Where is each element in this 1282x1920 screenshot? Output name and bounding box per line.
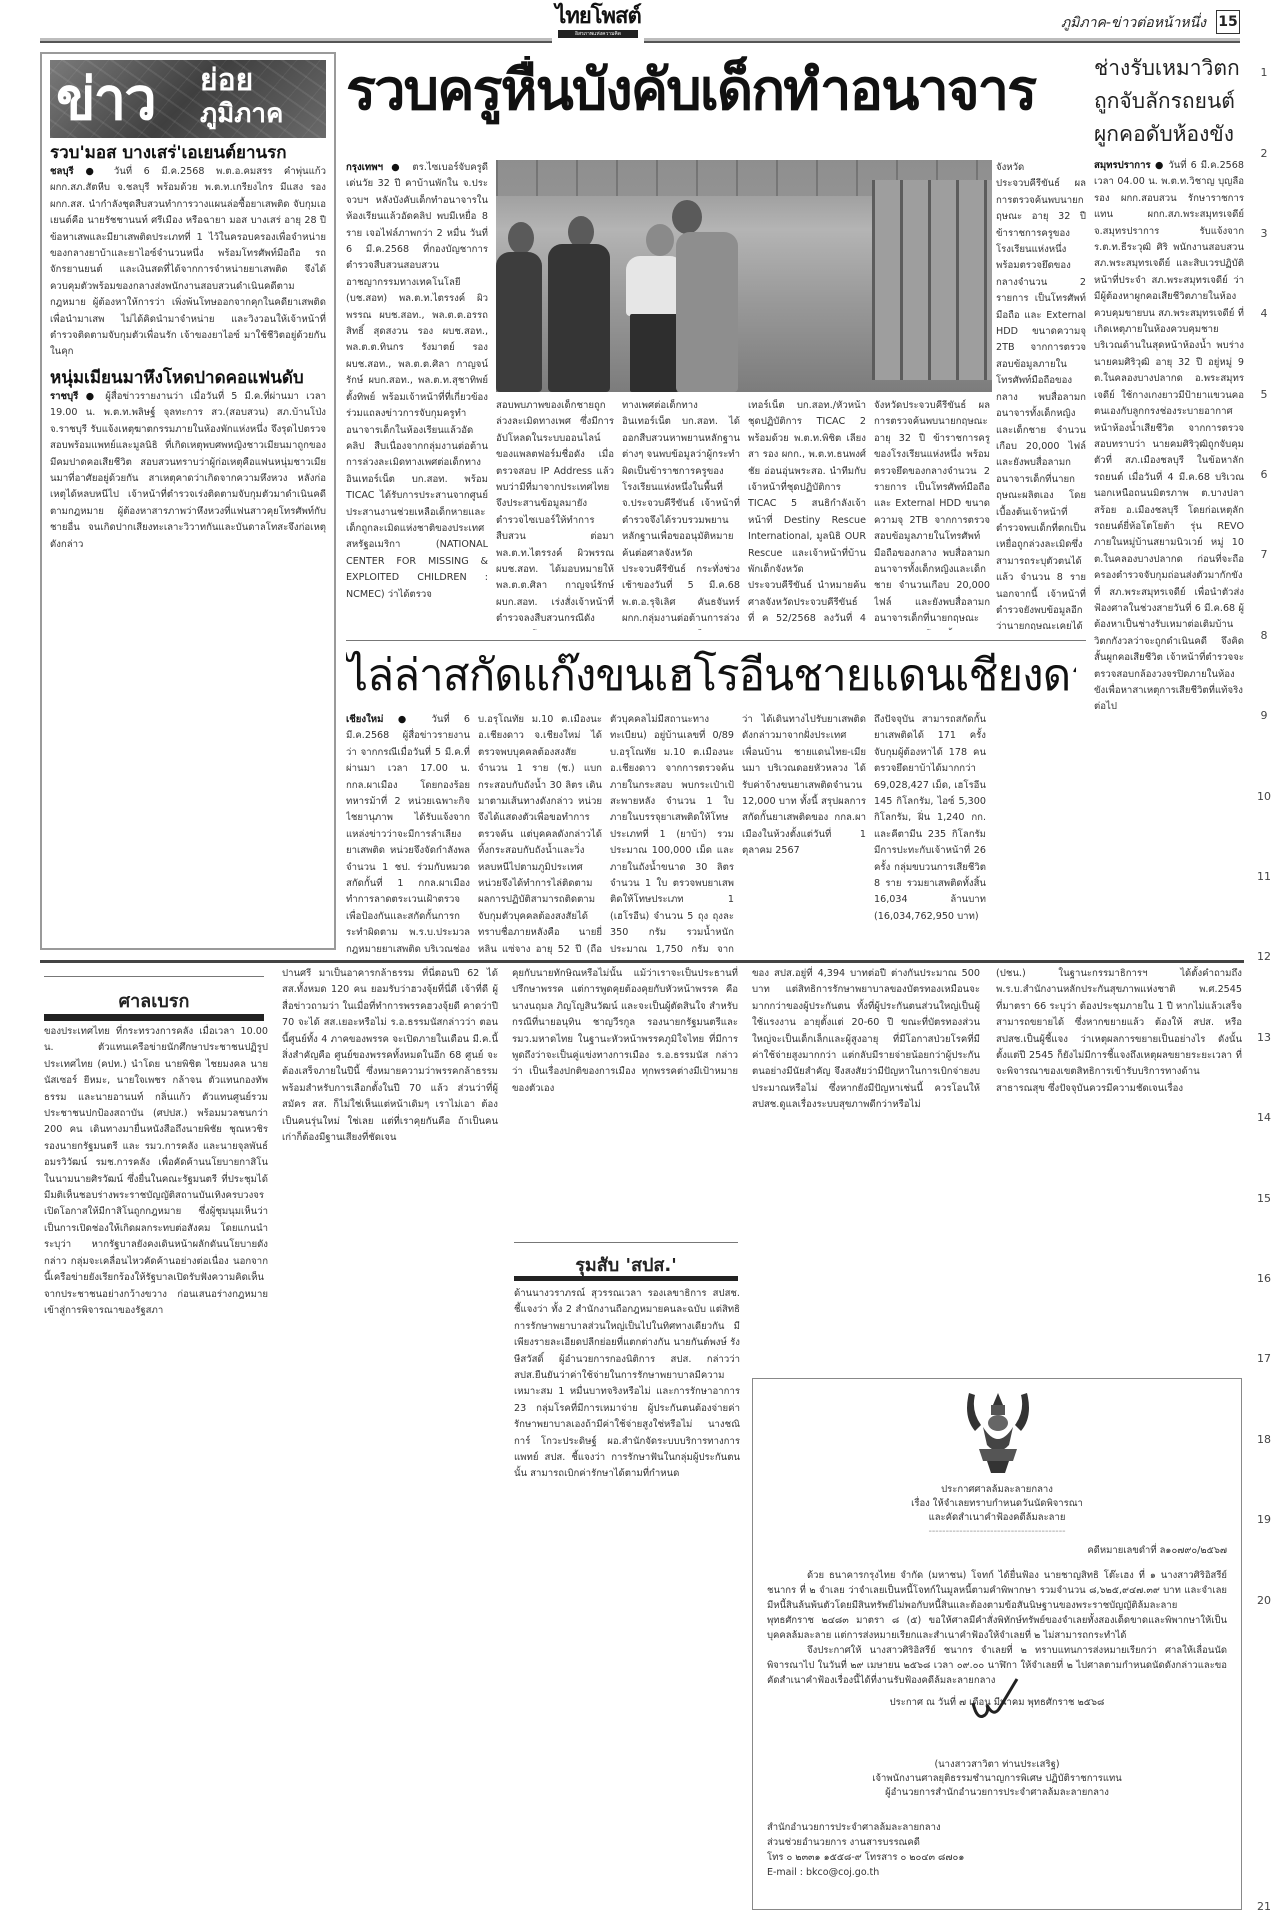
column-header-bar xyxy=(514,1276,738,1281)
police-officer-figure xyxy=(676,232,738,392)
notice-subject: เรื่อง ให้จำเลยทราบกำหนดวันนัดพิจารณา xyxy=(767,1497,1227,1511)
sanbreak-col-2: ปานศรี มาเป็นอาคารกล้าธรรม ที่นี่ตอนปี 6… xyxy=(282,966,498,1914)
line-number: 8 xyxy=(1252,629,1276,642)
newspaper-logo: ไทยโพสต์ อิสรภาพแห่งความคิด xyxy=(552,4,644,44)
column-header-bar xyxy=(44,1014,264,1021)
regional-briefs-banner: ข่าว ย่อย ภูมิภาค xyxy=(50,60,326,138)
lead-story-col-right: จังหวัดประจวบคีรีขันธ์ ผลการตรวจค้นพบนาย… xyxy=(996,160,1086,630)
line-number: 20 xyxy=(1252,1594,1276,1607)
logo-tagline: อิสรภาพแห่งความคิด xyxy=(558,30,638,38)
notice-divider: ---------------------------------------- xyxy=(767,1525,1227,1539)
line-number: 2 xyxy=(1252,147,1276,160)
sanbreak-col-3: คุยกับนายทักษิณหรือไม่นั้น แม้ว่าเราจะเป… xyxy=(512,966,738,1228)
line-number: 9 xyxy=(1252,709,1276,722)
brief-1-dateline: ชลบุรี ● xyxy=(50,166,102,177)
banner-small-top: ย่อย xyxy=(200,64,253,98)
line-number: 21 xyxy=(1252,1900,1276,1913)
second-story-col-3: ตัวบุคคลไม่มีสถานะทางทะเบียน) อยู่บ้านเล… xyxy=(610,712,734,958)
notice-body-1: ด้วย ธนาคารกรุงไทย จำกัด (มหาชน) โจทก์ ไ… xyxy=(767,1568,1227,1643)
sanbreak-col-1: ของประเทศไทย ที่กระทรวงการคลัง เมื่อเวลา… xyxy=(44,1024,268,1914)
column-header-rumsap: รุมสับ 'สปส.' xyxy=(514,1250,738,1279)
brief-2-headline: หนุ่มเมียนมาหึงโหดปาดคอแฟนดับ xyxy=(50,367,326,389)
line-number: 18 xyxy=(1252,1433,1276,1446)
second-story-col-5: ถึงปัจจุบัน สามารถสกัดกั้นยาเสพติดได้ 17… xyxy=(874,712,986,958)
notice-footer-office: สำนักอำนวยการประจำศาลล้มละลายกลาง xyxy=(767,1820,1227,1835)
brief-2-body: ราชบุรี ● ผู้สื่อข่าวรายงานว่า เมื่อวันท… xyxy=(50,389,326,553)
notice-footer-email: E-mail : bkco@coj.go.th xyxy=(767,1865,1227,1880)
lead-story-col-1: กรุงเทพฯ ● ตร.ไซเบอร์จับครูดีเด่นวัย 32 … xyxy=(346,160,488,630)
regional-briefs-box: ข่าว ย่อย ภูมิภาค รวบ'มอส บางเสร่'เอเยนต… xyxy=(40,52,336,950)
lead-headline: รวบครูหื่นบังคับเด็กทำอนาจาร xyxy=(346,56,1076,126)
sanbreak-col-5: (ปชน.) ในฐานะกรรมาธิการฯ ได้ตั้งคำถามถึง… xyxy=(996,966,1242,1370)
section-divider xyxy=(346,640,1086,641)
line-number: 15 xyxy=(1252,1192,1276,1205)
lead-story-col-3: ทางเพศต่อเด็กทางอินเทอร์เน็ต บก.สอท. ได้… xyxy=(622,398,740,630)
line-number: 5 xyxy=(1252,388,1276,401)
notice-subject-2: และคัดสำเนาคำฟ้องคดีล้มละลาย xyxy=(767,1511,1227,1525)
column-header-sanbreak: ศาลเบรก xyxy=(44,986,264,1015)
lead-story-col-5: จังหวัดประจวบคีรีขันธ์ ผลการตรวจค้นพบนาย… xyxy=(874,398,990,630)
brief-1-body: ชลบุรี ● วันที่ 6 มี.ค.2568 พ.ต.อ.คมสรร … xyxy=(50,164,326,361)
line-number: 10 xyxy=(1252,790,1276,803)
lead-story-col-2: สอบพบภาพของเด็กชายถูกล่วงละเมิดทางเพศ ซึ… xyxy=(496,398,614,630)
second-headline: ไล่ล่าสกัดแก๊งขนเฮโรอีนชายแดนเชียงดาว xyxy=(346,648,1076,704)
line-number: 1 xyxy=(1252,66,1276,79)
notice-signer-name: (นางสาวสาวิตา ท่านประเสริฐ) xyxy=(767,1758,1227,1772)
notice-signer-title-1: เจ้าพนักงานศาลยุติธรรมชำนาญการพิเศษ ปฏิบ… xyxy=(767,1772,1227,1786)
banner-small-bottom: ภูมิภาค xyxy=(200,98,283,130)
signature-icon xyxy=(963,1675,1023,1725)
notice-case-number: คดีหมายเลขดำที่ ล๑๐๗๙๐/๒๕๖๗ xyxy=(767,1543,1227,1558)
line-number: 19 xyxy=(1252,1513,1276,1526)
line-number: 14 xyxy=(1252,1111,1276,1124)
notice-signer-title-2: ผู้อำนวยการสำนักอำนวยการประจำศาลล้มละลาย… xyxy=(767,1786,1227,1800)
line-number: 17 xyxy=(1252,1352,1276,1365)
masthead: ไทยโพสต์ อิสรภาพแห่งความคิด ภูมิภาค-ข่าว… xyxy=(40,0,1240,46)
lead-photo xyxy=(496,160,992,392)
sanbreak-col-4: ของ สปส.อยู่ที่ 4,394 บาทต่อปี ต่างกันปร… xyxy=(752,966,980,1370)
lead-story-col-4: เทอร์เน็ต บก.สอท./หัวหน้าชุดปฏิบัติการ T… xyxy=(748,398,866,630)
officer-figure xyxy=(496,252,542,392)
line-number-gutter: 1 2 3 4 5 6 7 8 9 10 11 12 13 14 15 16 1… xyxy=(1252,0,1282,1920)
rumsap-body: ด้านนางวราภรณ์ สุวรรณเวลา รองเลขาธิการ ส… xyxy=(514,1286,740,1914)
line-number: 11 xyxy=(1252,870,1276,883)
banner-big-text: ข่าว xyxy=(56,60,155,138)
second-story-col-1: เชียงใหม่ ● วันที่ 6 มี.ค.2568 ผู้สื่อข่… xyxy=(346,712,470,958)
second-story-col-4: ว่า ได้เดินทางไปรับยาเสพติดดังกล่าวมาจาก… xyxy=(742,712,866,958)
court-notice: ประกาศศาลล้มละลายกลาง เรื่อง ให้จำเลยทรา… xyxy=(752,1378,1242,1910)
line-number: 3 xyxy=(1252,227,1276,240)
line-number: 16 xyxy=(1252,1272,1276,1285)
page-number: 15 xyxy=(1216,10,1240,34)
line-number: 13 xyxy=(1252,1031,1276,1044)
brief-1-headline: รวบ'มอส บางเสร่'เอเยนต์ยานรก xyxy=(50,142,326,164)
line-number: 7 xyxy=(1252,548,1276,561)
side-story-body: สมุทรปราการ ● วันที่ 6 มี.ค.2568 เวลา 04… xyxy=(1094,158,1244,954)
notice-title: ประกาศศาลล้มละลายกลาง xyxy=(767,1483,1227,1497)
section-title: ภูมิภาค-ข่าวต่อหน้าหนึ่ง xyxy=(1055,12,1206,34)
officer-figure xyxy=(548,244,610,392)
line-number: 12 xyxy=(1252,950,1276,963)
notice-footer-phone: โทร ๐ ๒๓๓๑ ๑๕๕๘-๙ โทรสาร ๐ ๒๐๔๓ ๘๗๐๑ xyxy=(767,1850,1227,1865)
notice-footer-unit: ส่วนช่วยอำนวยการ งานสารบรรณคดี xyxy=(767,1835,1227,1850)
brief-2-dateline: ราชบุรี ● xyxy=(50,391,98,402)
line-number: 4 xyxy=(1252,307,1276,320)
second-story-col-2: บ.อรุโณทัย ม.10 ต.เมืองนะ อ.เชียงดาว จ.เ… xyxy=(478,712,602,958)
logo-text: ไทยโพสต์ xyxy=(552,4,644,30)
garuda-emblem-icon xyxy=(961,1387,1035,1475)
side-story-headline: ช่างรับเหมาวิตกถูกจับลักรถยนต์ผูกคอดับห้… xyxy=(1094,52,1244,151)
line-number: 6 xyxy=(1252,468,1276,481)
page-divider xyxy=(40,960,1244,963)
